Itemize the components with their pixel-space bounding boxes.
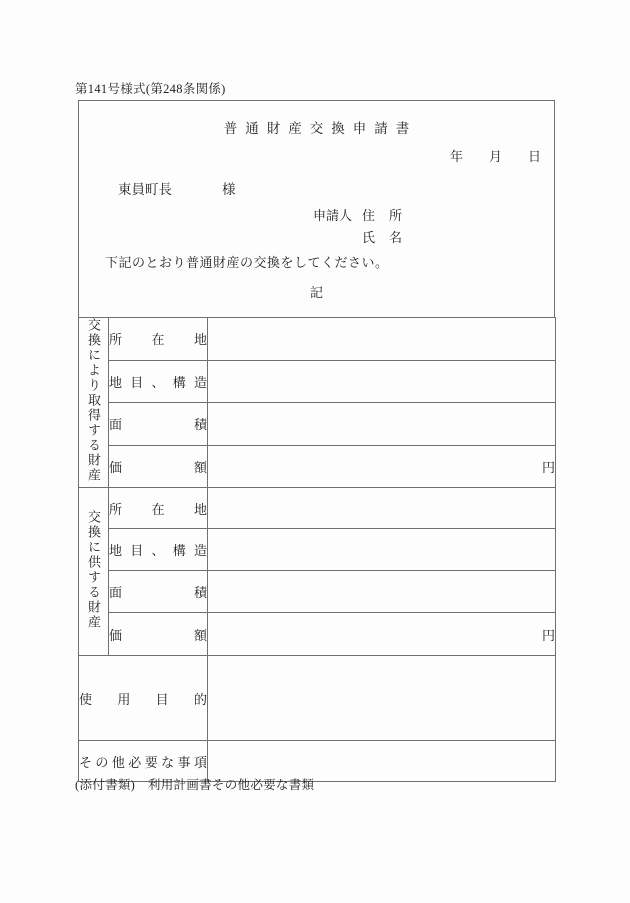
- section2-price-unit: 円: [208, 613, 556, 656]
- form-header: 普通財産交換申請書 年 月 日 東員町長 様 申請人 住所 氏名 下記のとおり普…: [78, 100, 555, 317]
- section1-area-label: 面積: [109, 403, 208, 446]
- addressee: 東員町長: [118, 178, 172, 198]
- applicant-name-label: 氏名: [362, 227, 402, 246]
- section2-location-value: [208, 488, 556, 529]
- section1-location-value: [208, 318, 556, 361]
- addressee-line: 東員町長 様: [118, 178, 236, 198]
- form-box: 普通財産交換申請書 年 月 日 東員町長 様 申請人 住所 氏名 下記のとおり普…: [78, 100, 555, 782]
- section2-location-label: 所在地: [109, 488, 208, 529]
- form-title: 普通財産交換申請書: [79, 117, 554, 137]
- form-number: 第141号様式(第248条関係): [75, 79, 226, 97]
- table-row: 交換に供する財産 所在地: [79, 488, 556, 529]
- body-text: 下記のとおり普通財産の交換をしてください。: [105, 252, 389, 271]
- document-page: 第141号様式(第248条関係) 普通財産交換申請書 年 月 日 東員町長 様 …: [0, 0, 630, 903]
- applicant-fields: 住所 氏名: [362, 205, 402, 246]
- table-row: 地目、構造: [79, 360, 556, 403]
- table-row: 交換により取得する財産 所在地: [79, 318, 556, 361]
- section1-price-label: 価額: [109, 445, 208, 488]
- date-month-label: 月: [489, 146, 502, 165]
- section1-landtype-label: 地目、構造: [109, 360, 208, 403]
- section1-label-cell: 交換により取得する財産: [79, 318, 109, 488]
- section2-landtype-label: 地目、構造: [109, 529, 208, 571]
- table-row: 価額 円: [79, 445, 556, 488]
- table-row: 使用目的: [79, 656, 556, 741]
- table-row: 価額 円: [79, 613, 556, 656]
- section2-label-cell: 交換に供する財産: [79, 488, 109, 656]
- attachments-note: (添付書類) 利用計画書その他必要な書類: [75, 775, 314, 793]
- section1-location-label: 所在地: [109, 318, 208, 361]
- applicant-address-label: 住所: [362, 205, 402, 224]
- record-mark: 記: [79, 282, 554, 301]
- table-row: 面積: [79, 571, 556, 613]
- usage-purpose-value: [208, 656, 556, 741]
- date-year-label: 年: [450, 146, 463, 165]
- table-row: 面積: [79, 403, 556, 446]
- section1-price-unit: 円: [208, 445, 556, 488]
- section2-landtype-value: [208, 529, 556, 571]
- section1-area-value: [208, 403, 556, 446]
- section1-label: 交換により取得する財産: [84, 318, 103, 483]
- usage-purpose-label: 使用目的: [79, 656, 208, 741]
- applicant-block: 申請人 住所 氏名: [313, 205, 402, 246]
- date-line: 年 月 日: [450, 146, 541, 165]
- honorific: 様: [222, 178, 236, 198]
- table-row: 地目、構造: [79, 529, 556, 571]
- applicant-label: 申請人: [313, 205, 352, 246]
- property-table: 交換により取得する財産 所在地 地目、構造 面積 価額 円 交換に供する財産: [78, 317, 556, 782]
- date-day-label: 日: [528, 146, 541, 165]
- section2-area-label: 面積: [109, 571, 208, 613]
- section2-price-label: 価額: [109, 613, 208, 656]
- section1-landtype-value: [208, 360, 556, 403]
- section2-area-value: [208, 571, 556, 613]
- section2-label: 交換に供する財産: [84, 510, 103, 630]
